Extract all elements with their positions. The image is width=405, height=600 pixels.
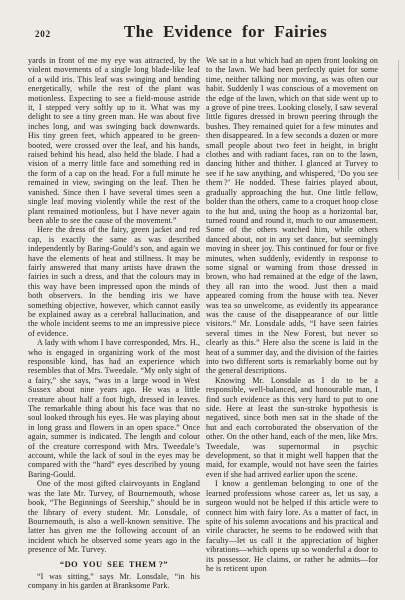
section-heading: “DO YOU SEE THEM ?” — [28, 560, 200, 569]
paragraph: Knowing Mr. Lonsdale as I do to be a res… — [206, 376, 378, 479]
left-column: yards in front of me my eye was attracte… — [28, 56, 200, 591]
paragraph: A lady with whom I have corresponded, Mr… — [28, 338, 200, 479]
page-number: 202 — [35, 29, 51, 39]
paragraph: I know a gentleman belonging to one of t… — [206, 479, 378, 573]
paragraph: yards in front of me my eye was attracte… — [28, 56, 200, 225]
scan-artifact — [398, 60, 399, 180]
running-title: The Evidence for Fairies — [0, 22, 405, 42]
paragraph: One of the most gifted clairvoyants in E… — [28, 479, 200, 554]
paragraph: “I was sitting,” says Mr. Lonsdale, “in … — [28, 572, 200, 591]
book-page: 202 The Evidence for Fairies yards in fr… — [0, 0, 405, 600]
text-columns: yards in front of me my eye was attracte… — [28, 56, 378, 591]
paragraph: We sat in a hut which had an open front … — [206, 56, 378, 376]
paragraph: Here the dress of the fairy, green jacke… — [28, 225, 200, 338]
right-column: We sat in a hut which had an open front … — [206, 56, 378, 591]
page-header: 202 The Evidence for Fairies — [0, 22, 405, 48]
